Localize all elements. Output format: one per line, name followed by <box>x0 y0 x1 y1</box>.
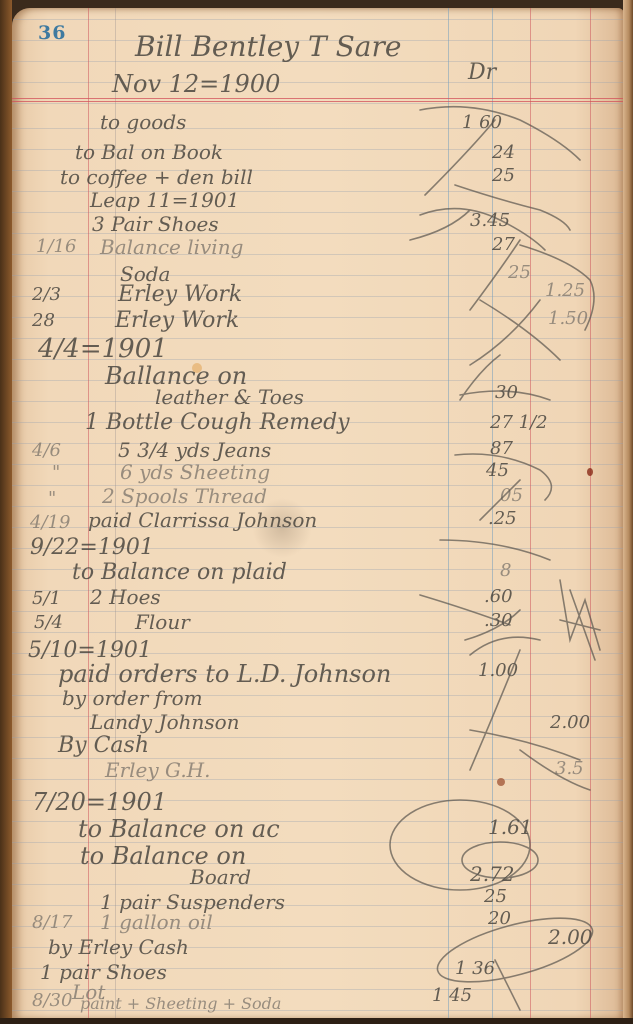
entry-amount: 2.72 <box>470 862 515 886</box>
entry-date: 9/22=1901 <box>30 535 154 560</box>
entry-description: 5 3/4 yds Jeans <box>118 438 271 462</box>
entry-description: 6 yds Sheeting <box>120 460 270 484</box>
entry-amount: 1 45 <box>432 985 472 1006</box>
entry-amount: 24 <box>492 142 515 163</box>
entry-amount: 1.25 <box>545 280 585 301</box>
entry-date: 4/19 <box>30 512 70 533</box>
entry-description: paid orders to L.D. Johnson <box>58 660 391 688</box>
entry-amount: 2.00 <box>550 712 590 733</box>
book-spine <box>0 0 12 1024</box>
entry-date: 4/4=1901 <box>38 334 168 364</box>
entry-description: Board <box>190 865 251 889</box>
entry-date: 28 <box>32 310 55 331</box>
entry-description: Flour <box>135 610 190 634</box>
entry-description: to Balance on plaid <box>72 560 287 585</box>
entry-description: Erley Work <box>118 282 242 307</box>
entry-description: leather & Toes <box>155 385 304 409</box>
entry-amount: .60 <box>484 586 513 607</box>
entry-amount: 1 60 <box>462 112 502 133</box>
entry-description: 1 Bottle Cough Remedy <box>85 410 350 435</box>
entry-amount: 8 <box>500 560 511 581</box>
entry-amount: 87 <box>490 438 513 459</box>
page-bottom-edge <box>0 1018 633 1024</box>
entry-amount: 20 <box>488 908 511 929</box>
entry-description: 3 Pair Shoes <box>92 212 219 236</box>
entry-amount: 27 1/2 <box>490 412 548 433</box>
entry-amount: 3.45 <box>470 210 510 231</box>
entry-date: 5/4 <box>34 612 63 633</box>
entry-description: paid Clarrissa Johnson <box>88 508 317 532</box>
entry-date: 1/16 <box>36 236 76 257</box>
dollars-column-line <box>448 8 449 1020</box>
entry-amount: 30 <box>495 382 518 403</box>
entry-amount: 27 <box>492 234 515 255</box>
entry-description: By Cash <box>58 733 149 758</box>
entry-amount: 05 <box>500 485 523 506</box>
entry-description: 2 Spools Thread <box>102 484 267 508</box>
header-rule-red-1 <box>12 98 624 99</box>
entry-date: 7/20=1901 <box>32 788 167 816</box>
entry-amount: 1 36 <box>455 958 495 979</box>
page-edge <box>623 0 633 1024</box>
entry-description: to coffee + den bill <box>60 165 253 189</box>
entry-amount: 25 <box>492 165 515 186</box>
entry-description: by Erley Cash <box>48 935 189 959</box>
entry-date: 8/30 <box>32 990 72 1011</box>
entry-amount: 1.61 <box>488 815 533 839</box>
entry-description: by order from <box>62 686 203 710</box>
entry-description: to goods <box>100 110 186 134</box>
account-name: Bill Bentley T Sare <box>135 30 401 63</box>
entry-date: 5/1 <box>32 588 61 609</box>
opening-date: Nov 12=1900 <box>112 70 280 98</box>
header-rule-red-2 <box>12 101 624 102</box>
entry-description: Landy Johnson <box>90 710 240 734</box>
entry-description: 2 Hoes <box>90 585 161 609</box>
entry-description: Leap 11=1901 <box>90 188 239 212</box>
entry-date: " <box>52 462 60 483</box>
entry-amount: .30 <box>484 610 513 631</box>
entry-date: 2/3 <box>32 284 61 305</box>
entry-description: Balance living <box>100 235 243 259</box>
stain-spot <box>497 778 505 786</box>
entry-description: Erley Work <box>115 308 239 333</box>
entry-amount: 25 <box>508 262 531 283</box>
entry-amount: 3.5 <box>555 758 584 779</box>
entry-date: 8/17 <box>32 912 72 933</box>
outer-right-line-red <box>590 8 591 1020</box>
entry-description: to Bal on Book <box>75 140 223 164</box>
entry-amount: 25 <box>484 886 507 907</box>
entry-description: 1 gallon oil <box>100 910 213 934</box>
page-number: 36 <box>38 22 66 44</box>
entry-amount: 2.00 <box>548 925 593 949</box>
stain-spot <box>587 468 593 476</box>
entry-description: paint + Sheeting + Soda <box>80 994 281 1013</box>
entry-amount: 45 <box>486 460 509 481</box>
column-header-dr: Dr <box>468 60 496 85</box>
entry-description: Erley G.H. <box>105 758 210 782</box>
entry-amount: .25 <box>488 508 517 529</box>
entry-amount: 1.50 <box>548 308 588 329</box>
entry-date: " <box>48 488 56 509</box>
entry-description: to Balance on ac <box>78 815 280 843</box>
entry-date: 4/6 <box>32 440 61 461</box>
amount-right-line-red <box>530 8 531 1020</box>
entry-amount: 1.00 <box>478 660 518 681</box>
